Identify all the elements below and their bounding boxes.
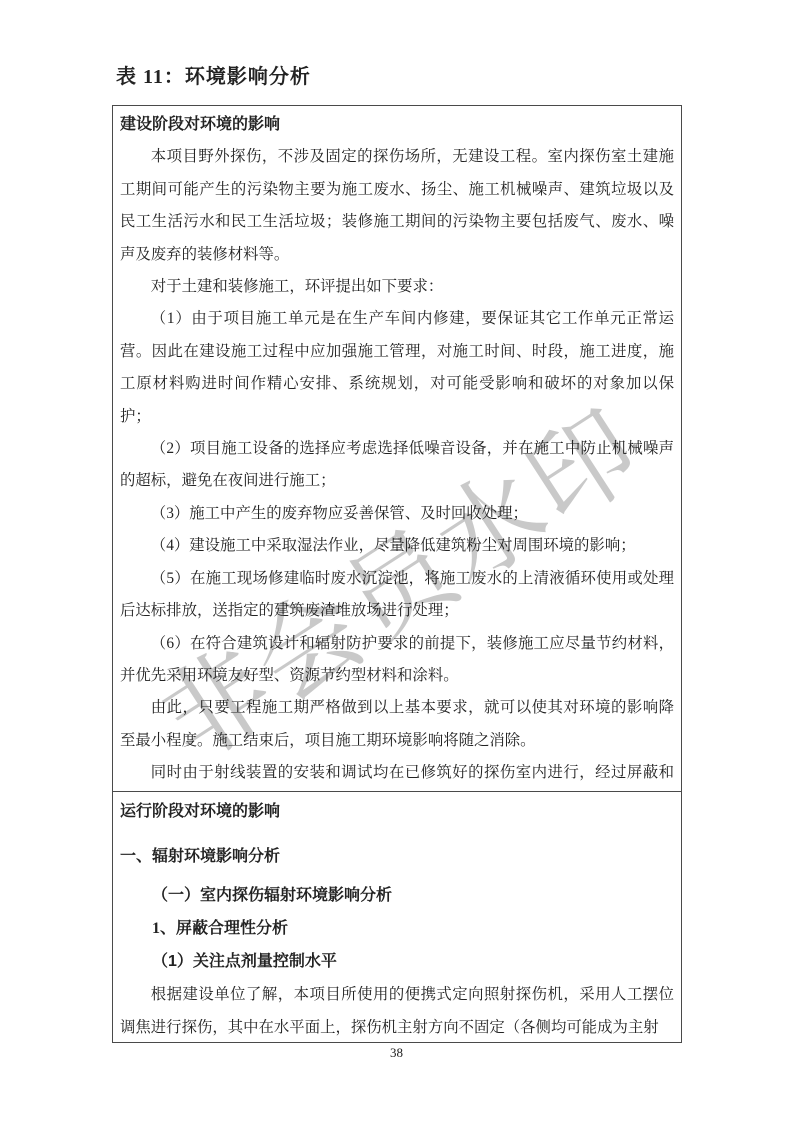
paragraph: （5）在施工现场修建临时废水沉淀池，将施工废水的上清液循环使用或处理后达标排放，… — [120, 563, 674, 628]
paragraph: （4）建设施工中采取湿法作业，尽量降低建筑粉尘对周围环境的影响； — [120, 530, 674, 562]
paragraph: 由此，只要工程施工期严格做到以上基本要求，就可以使其对环境的影响降至最小程度。施… — [120, 692, 674, 757]
paragraph: （1）由于项目施工单元是在生产车间内修建，要保证其它工作单元正常运营。因此在建设… — [120, 303, 674, 433]
environment-impact-table: 建设阶段对环境的影响 本项目野外探伤，不涉及固定的探伤场所，无建设工程。室内探伤… — [112, 105, 682, 1043]
heading-indoor-inspection: （一）室内探伤辐射环境影响分析 — [120, 879, 674, 912]
paragraph: 本项目野外探伤，不涉及固定的探伤场所，无建设工程。室内探伤室土建施工期间可能产生… — [120, 141, 674, 271]
heading-shielding-rationality: 1、屏蔽合理性分析 — [120, 912, 674, 945]
construction-phase-header: 建设阶段对环境的影响 — [120, 109, 674, 141]
paragraph: 对于土建和装修施工，环评提出如下要求： — [120, 271, 674, 303]
document-page: 非会员水印 表 11：环境影响分析 建设阶段对环境的影响 本项目野外探伤，不涉及… — [0, 0, 793, 1122]
paragraph: （6）在符合建筑设计和辐射防护要求的前提下，装修施工应尽量节约材料，并优先采用环… — [120, 628, 674, 693]
construction-phase-row: 建设阶段对环境的影响 本项目野外探伤，不涉及固定的探伤场所，无建设工程。室内探伤… — [113, 106, 681, 792]
heading-dose-control-level: （1）关注点剂量控制水平 — [120, 945, 674, 978]
table-title: 表 11：环境影响分析 — [116, 60, 311, 89]
paragraph: （2）项目施工设备的选择应考虑选择低噪音设备，并在施工中防止机械噪声的超标，避免… — [120, 433, 674, 498]
operation-phase-header: 运行阶段对环境的影响 — [120, 795, 674, 828]
paragraph: 根据建设单位了解，本项目所使用的便携式定向照射探伤机，采用人工摆位调焦进行探伤，… — [120, 978, 674, 1041]
paragraph: 同时由于射线装置的安装和调试均在已修筑好的探伤室内进行，经过屏蔽和距离衰减后对环… — [120, 757, 674, 792]
operation-phase-row: 运行阶段对环境的影响 一、辐射环境影响分析 （一）室内探伤辐射环境影响分析 1、… — [113, 792, 681, 1041]
paragraph: （3）施工中产生的废弃物应妥善保管、及时回收处理； — [120, 498, 674, 530]
heading-radiation-analysis: 一、辐射环境影响分析 — [120, 840, 674, 873]
page-number: 38 — [0, 1045, 793, 1061]
